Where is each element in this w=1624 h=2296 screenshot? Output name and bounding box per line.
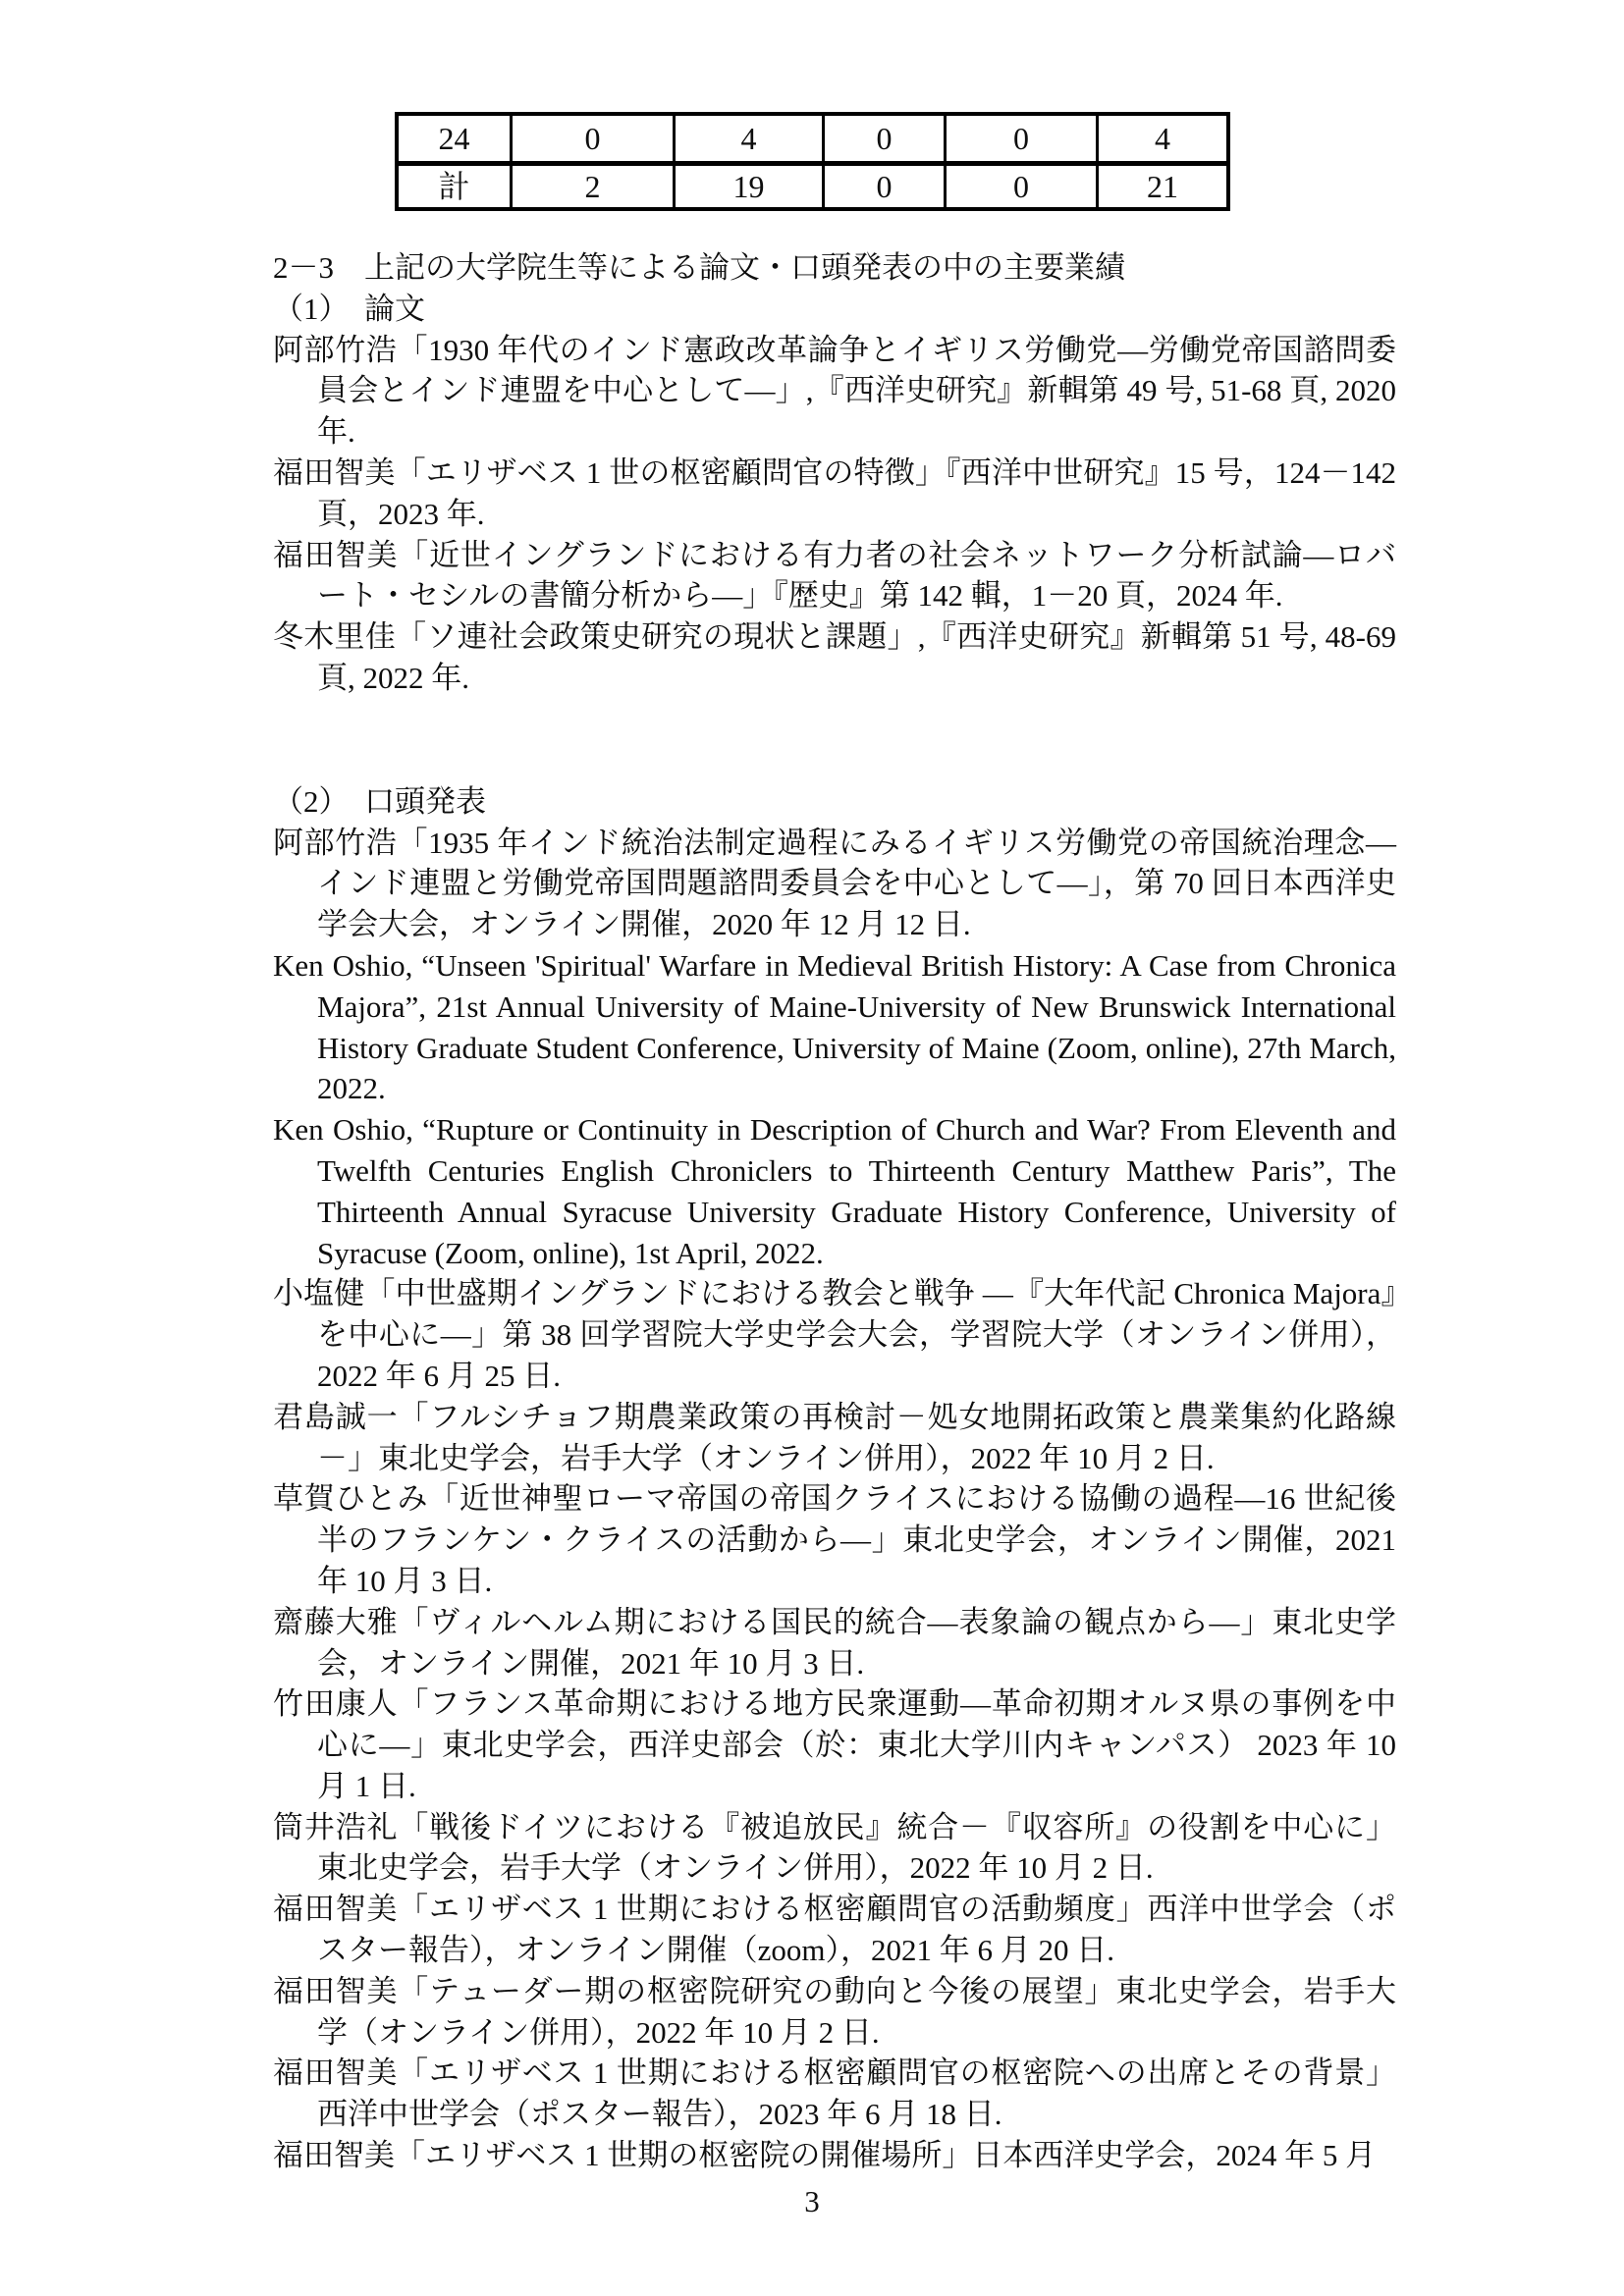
table-cell: 4 — [675, 114, 824, 164]
table-cell: 2 — [512, 164, 675, 210]
table-cell: 0 — [946, 164, 1098, 210]
paper-item: 冬木里佳「ソ連社会政策史研究の現状と課題」,『西洋史研究』新輯第 51 号, 4… — [273, 616, 1396, 699]
presentation-item: 小塩健「中世盛期イングランドにおける教会と戦争 ―『大年代記 Chronica … — [273, 1273, 1396, 1396]
presentation-item: 福田智美「テューダー期の枢密院研究の動向と今後の展望」東北史学会，岩手大学（オン… — [273, 1971, 1396, 2054]
paper-item: 阿部竹浩「1930 年代のインド憲政改革論争とイギリス労働党―労働党帝国諮問委員… — [273, 330, 1396, 453]
papers-label: （1） 論文 — [273, 289, 1396, 330]
presentation-item: 齋藤大雅「ヴィルヘルム期における国民的統合―表象論の観点から―」東北史学会，オン… — [273, 1602, 1396, 1684]
table-cell: 19 — [675, 164, 824, 210]
paper-item: 福田智美「エリザベス 1 世の枢密顧問官の特徴」『西洋中世研究』15 号，124… — [273, 453, 1396, 535]
table-cell: 計 — [397, 164, 512, 210]
presentation-item: 筒井浩礼「戦後ドイツにおける『被追放民』統合－『収容所』の役割を中心に」東北史学… — [273, 1807, 1396, 1890]
presentation-item: 阿部竹浩「1935 年インド統治法制定過程にみるイギリス労働党の帝国統治理念―イ… — [273, 823, 1396, 945]
table-cell: 4 — [1098, 114, 1229, 164]
table-cell: 0 — [824, 164, 946, 210]
table-cell: 0 — [946, 114, 1098, 164]
page-number: 3 — [0, 2181, 1624, 2222]
presentations-label: （2） 口頭発表 — [273, 781, 1396, 823]
document-page: 24 0 4 0 0 4 計 2 19 0 0 21 2－3 上記の大学院生等に… — [0, 0, 1624, 2296]
table-cell: 0 — [512, 114, 675, 164]
presentation-item: Ken Oshio, “Unseen 'Spiritual' Warfare i… — [273, 945, 1396, 1109]
table-cell: 24 — [397, 114, 512, 164]
presentation-item: 福田智美「エリザベス 1 世期の枢密院の開催場所」日本西洋史学会，2024 年 … — [273, 2135, 1396, 2176]
presentation-item: 君島誠一「フルシチョフ期農業政策の再検討－処女地開拓政策と農業集約化路線－」東北… — [273, 1397, 1396, 1479]
presentation-item: 竹田康人「フランス革命期における地方民衆運動―革命初期オルヌ県の事例を中心に―」… — [273, 1683, 1396, 1806]
paper-item: 福田智美「近世イングランドにおける有力者の社会ネットワーク分析試論―ロバート・セ… — [273, 535, 1396, 617]
summary-table: 24 0 4 0 0 4 計 2 19 0 0 21 — [395, 112, 1230, 211]
table-cell: 21 — [1098, 164, 1229, 210]
presentation-item: Ken Oshio, “Rupture or Continuity in Des… — [273, 1109, 1396, 1273]
table-row-total: 計 2 19 0 0 21 — [397, 164, 1228, 210]
section-heading: 2－3 上記の大学院生等による論文・口頭発表の中の主要業績 — [273, 247, 1396, 289]
content-area: 2－3 上記の大学院生等による論文・口頭発表の中の主要業績 （1） 論文 阿部竹… — [273, 247, 1396, 2176]
table-row: 24 0 4 0 0 4 — [397, 114, 1228, 164]
presentation-item: 草賀ひとみ「近世神聖ローマ帝国の帝国クライスにおける協働の過程―16 世紀後半の… — [273, 1478, 1396, 1601]
table-cell: 0 — [824, 114, 946, 164]
presentation-item: 福田智美「エリザベス 1 世期における枢密顧問官の枢密院への出席とその背景」西洋… — [273, 2053, 1396, 2135]
presentation-item: 福田智美「エリザベス 1 世期における枢密顧問官の活動頻度」西洋中世学会（ポスタ… — [273, 1889, 1396, 1971]
